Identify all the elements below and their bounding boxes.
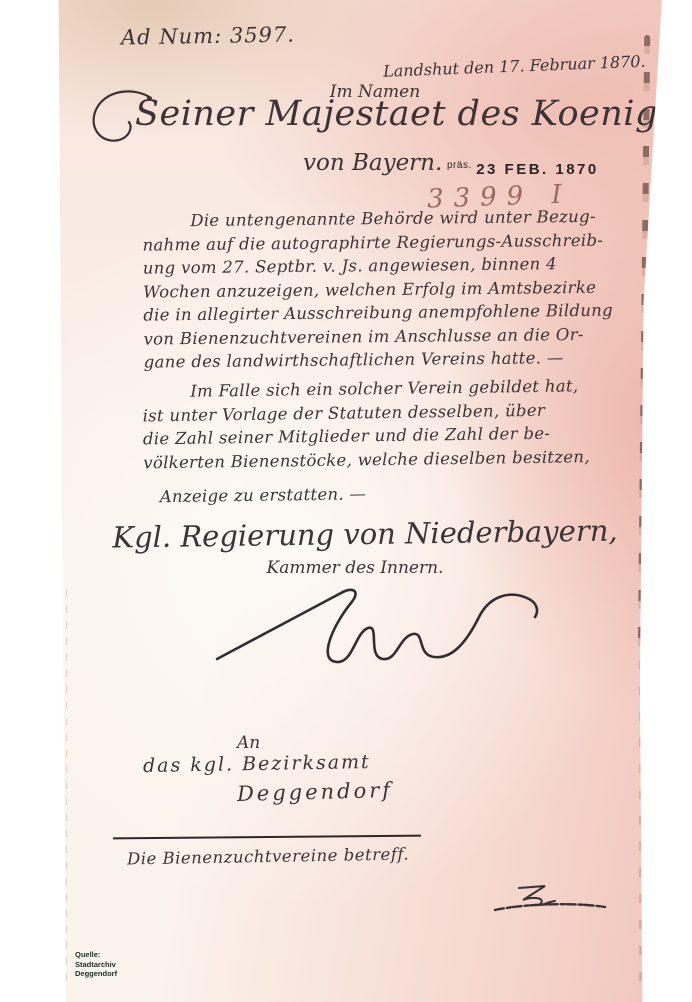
received-stamp: präs. 23 FEB. 1870 xyxy=(447,160,599,179)
calligraphic-swash-icon xyxy=(89,88,159,150)
handwritten-line: gane des landwirthschaftlichen Vereins h… xyxy=(144,345,634,374)
separator-rule xyxy=(113,835,421,840)
closing-chamber: Kammer des Innern. xyxy=(225,558,485,578)
address-place: Deggendorf xyxy=(237,778,394,806)
signature-flourish-icon xyxy=(213,583,543,671)
address-office: das kgl. Bezirksamt xyxy=(143,751,371,777)
majesty-heading: Seiner Majestaet des Koenigs xyxy=(93,94,653,134)
source-note-label: Quelle: xyxy=(75,950,117,960)
majesty-heading-text: Seiner Majestaet des Koenigs xyxy=(135,94,676,134)
closing-authority: Kgl. Regierung von Niederbayern, xyxy=(80,513,650,555)
fold-line xyxy=(66,590,67,990)
stamp-praes-label: präs. xyxy=(447,160,472,171)
body-paragraph-1: Die untengenannte Behörde wird unter Bez… xyxy=(142,204,634,374)
letter-page: Ad Num: 3597. Landshut den 17. Februar 1… xyxy=(55,0,663,1002)
address-salutation: An xyxy=(237,733,260,753)
source-note-archive: Stadtarchiv xyxy=(75,960,117,970)
scanned-document: Ad Num: 3597. Landshut den 17. Februar 1… xyxy=(0,0,692,1002)
initials-squiggle-icon xyxy=(493,880,611,916)
subject-line: Die Bienenzuchtvereine betreff. xyxy=(127,845,409,869)
origin-heading: von Bayern. xyxy=(303,150,442,176)
source-note: Quelle: Stadtarchiv Deggendorf xyxy=(75,950,117,979)
reference-number: Ad Num: 3597. xyxy=(121,22,295,49)
stamp-date: 23 FEB. 1870 xyxy=(476,161,599,178)
body-paragraph-2: Im Falle sich ein solcher Verein gebilde… xyxy=(142,374,634,509)
page-edge-marks xyxy=(639,660,643,990)
dateline: Landshut den 17. Februar 1870. xyxy=(383,50,684,81)
source-note-city: Deggendorf xyxy=(75,969,117,979)
handwritten-line: Anzeige zu erstatten. — xyxy=(144,479,634,509)
